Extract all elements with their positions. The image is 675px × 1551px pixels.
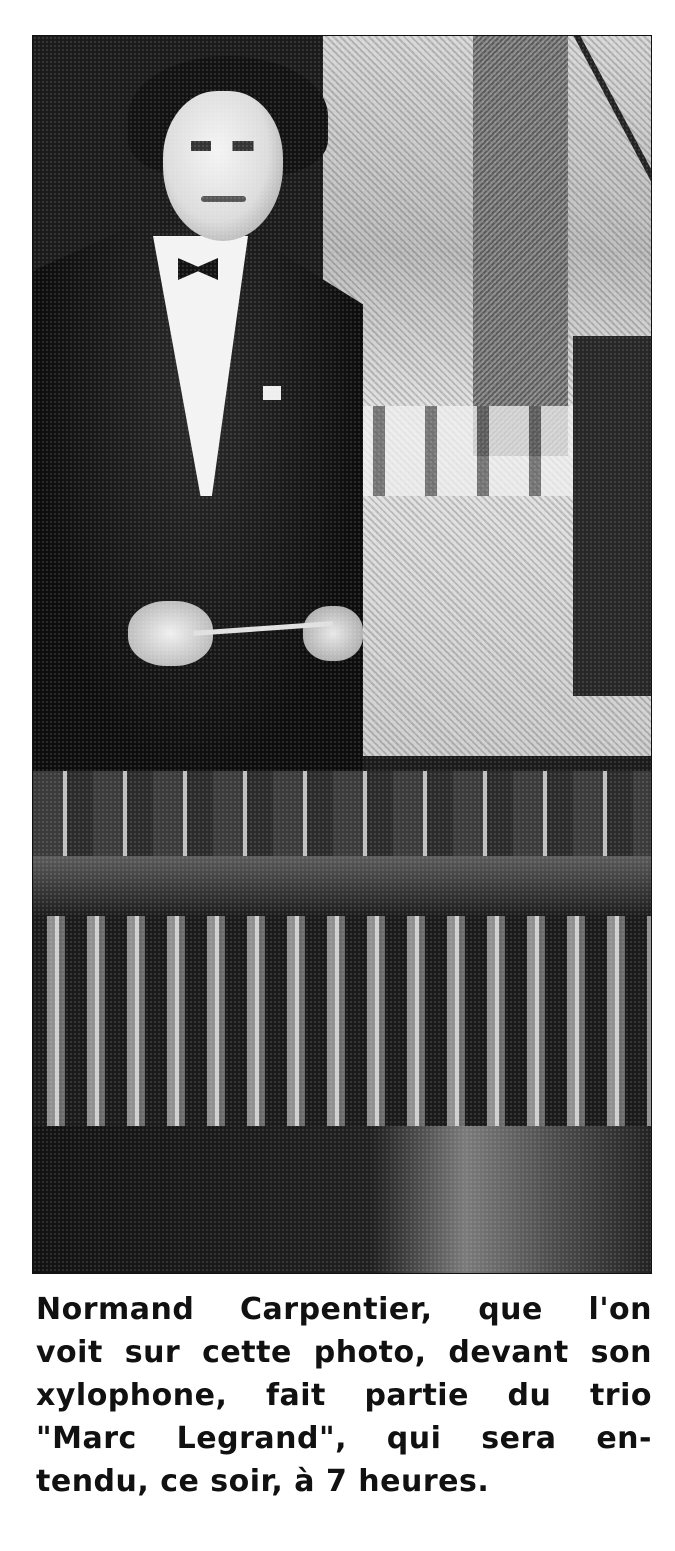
caption-line: tendu, ce soir, à 7 heures.: [36, 1460, 652, 1503]
news-photo: [32, 35, 652, 1274]
caption-line: Normand Carpentier, que l'on: [36, 1288, 652, 1331]
caption-line: xylophone, fait partie du trio: [36, 1374, 652, 1417]
photo-caption: Normand Carpentier, que l'on voit sur ce…: [36, 1288, 652, 1503]
caption-line: voit sur cette photo, devant son: [36, 1331, 652, 1374]
halftone-texture: [33, 36, 651, 1273]
caption-line: "Marc Legrand", qui sera en-: [36, 1417, 652, 1460]
